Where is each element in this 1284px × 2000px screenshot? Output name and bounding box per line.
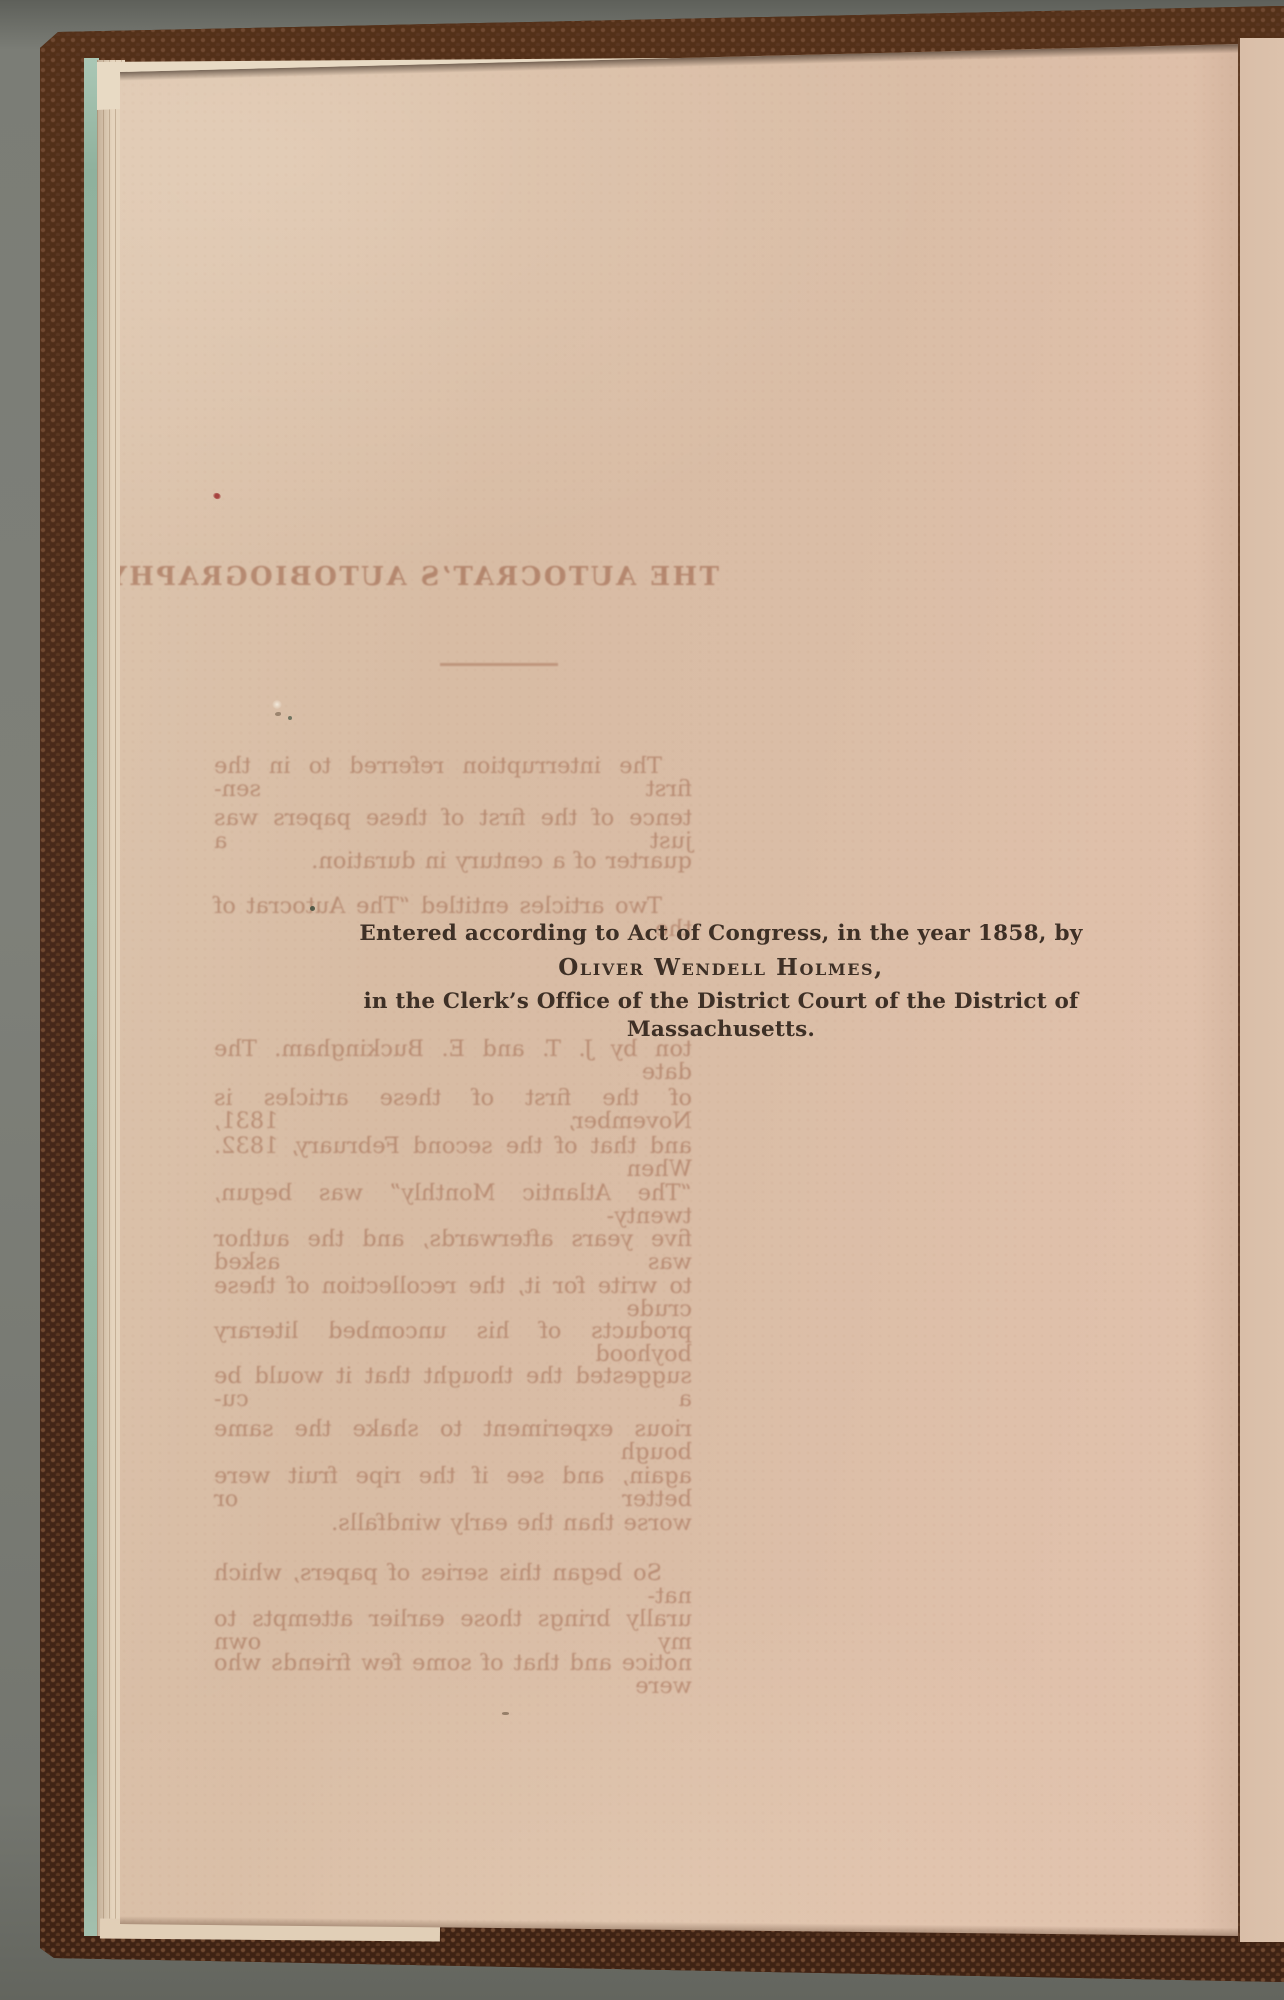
ghost-line: So began this series of papers, which na… (214, 1562, 692, 1607)
ghost-line: products of his uncombed literary boyhoo… (214, 1320, 692, 1365)
ghost-line: ton by J. T. and E. Buckingham. The date (214, 1038, 692, 1083)
book-scan-photo: { "copyright_notice": { "line1": "Entere… (0, 0, 1284, 2000)
copyright-line-3: in the Clerk’s Office of the District Co… (304, 988, 1138, 1044)
ghost-line: tence of the first of these papers was j… (214, 807, 692, 852)
ghost-line: to write for it, the recollection of the… (214, 1275, 692, 1320)
ghost-line: “The Atlantic Monthly” was begun, twenty… (214, 1182, 692, 1227)
copyright-notice: Entered according to Act of Congress, in… (304, 920, 1138, 1044)
copyright-line-1: Entered according to Act of Congress, in… (304, 920, 1138, 948)
small-fiber-mark (275, 712, 281, 716)
ghost-line: notice and that of some few friends who … (214, 1652, 692, 1697)
ghost-line: five years afterwards, and the author wa… (214, 1228, 692, 1273)
ghost-line: suggested the thought that it would be a… (214, 1365, 692, 1410)
ghost-line: worse than the early windfalls. (214, 1512, 692, 1535)
copyright-author-line: Oliver Wendell Holmes, (304, 954, 1138, 982)
red-ink-speck (212, 492, 222, 500)
adjacent-page-edge (1238, 38, 1284, 1942)
paper-flaw-spot (272, 700, 282, 709)
ghost-line: The interruption referred to in the firs… (214, 755, 692, 800)
dark-speck (310, 906, 315, 911)
ghost-heading: THE AUTOCRAT’S AUTOBIOGRAPHY. (241, 562, 719, 592)
ghost-line: of the first of these articles is Novemb… (214, 1087, 692, 1132)
ghost-line: again, and see if the ripe fruit were be… (214, 1465, 692, 1510)
book-page: THE AUTOCRAT’S AUTOBIOGRAPHY. The interr… (120, 44, 1238, 1940)
dust-specks (502, 1712, 509, 1715)
ghost-line: and that of the second February, 1832. W… (214, 1135, 692, 1180)
ghost-line: urally brings those earlier attempts to … (214, 1608, 692, 1653)
dark-speck (288, 716, 292, 720)
ghost-bleed-through-text: THE AUTOCRAT’S AUTOBIOGRAPHY. The interr… (214, 540, 692, 1760)
ghost-line: quarter of a century in duration. (214, 850, 692, 873)
ghost-divider-rule (440, 663, 558, 666)
ghost-line: rious experiment to shake the same bough (214, 1418, 692, 1463)
